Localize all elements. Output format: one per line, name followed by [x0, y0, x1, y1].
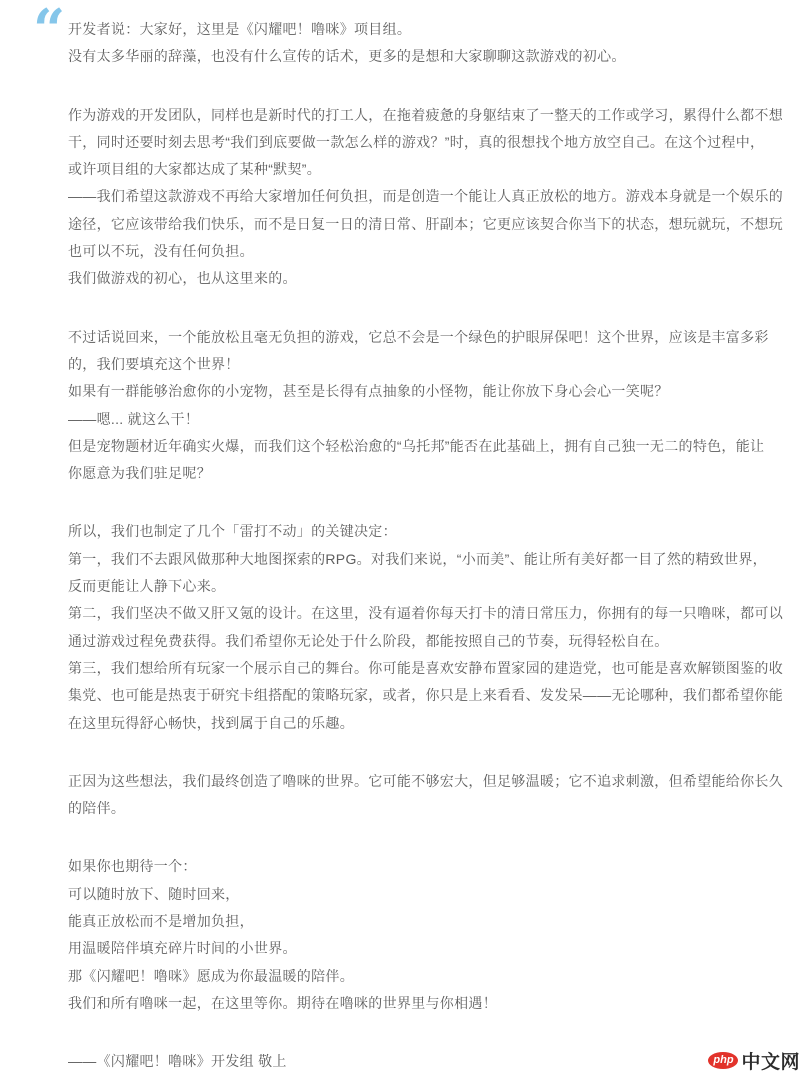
text-line: 不过话说回来，一个能放松且毫无负担的游戏，它总不会是一个绿色的护眼屏保吧！这个世… — [68, 324, 780, 351]
text-line: 反而更能让人静下心来。 — [68, 573, 780, 600]
text-line: 或许项目组的大家都达成了某种“默契”。 — [68, 156, 780, 183]
text-line: 没有太多华丽的辞藻，也没有什么宣传的话术，更多的是想和大家聊聊这款游戏的初心。 — [68, 43, 780, 70]
text-line: ——嗯... 就这么干！ — [68, 406, 780, 433]
text-line: 干，同时还要时刻去思考“我们到底要做一款怎么样的游戏？”时，真的很想找个地方放空… — [68, 129, 780, 156]
text-line: 第一，我们不去跟风做那种大地图探索的RPG。对我们来说，“小而美”、能让所有美好… — [68, 546, 780, 573]
text-line: 通过游戏过程免费获得。我们希望你无论处于什么阶段，都能按照自己的节奏，玩得轻松自… — [68, 628, 780, 655]
text-line: 的，我们要填充这个世界！ — [68, 351, 780, 378]
paragraph: 不过话说回来，一个能放松且毫无负担的游戏，它总不会是一个绿色的护眼屏保吧！这个世… — [68, 324, 780, 488]
text-line: 在这里玩得舒心畅快，找到属于自己的乐趣。 — [68, 710, 780, 737]
text-line: 的陪伴。 — [68, 795, 780, 822]
text-line: 开发者说：大家好，这里是《闪耀吧！噜咪》项目组。 — [68, 16, 780, 43]
paragraph: ——《闪耀吧！噜咪》开发组 敬上 — [68, 1048, 780, 1075]
text-line: 第二，我们坚决不做又肝又氪的设计。在这里，没有逼着你每天打卡的清日常压力，你拥有… — [68, 600, 780, 627]
paragraph: 所以，我们也制定了几个「雷打不动」的关键决定：第一，我们不去跟风做那种大地图探索… — [68, 518, 780, 736]
paragraph: 开发者说：大家好，这里是《闪耀吧！噜咪》项目组。没有太多华丽的辞藻，也没有什么宣… — [68, 16, 780, 71]
text-line: 所以，我们也制定了几个「雷打不动」的关键决定： — [68, 518, 780, 545]
paragraph: 作为游戏的开发团队，同样也是新时代的打工人，在拖着疲惫的身躯结束了一整天的工作或… — [68, 102, 780, 293]
text-line: 可以随时放下、随时回来， — [68, 881, 780, 908]
php-logo-badge: php — [708, 1052, 738, 1069]
text-line: 用温暖陪伴填充碎片时间的小世界。 — [68, 935, 780, 962]
open-quote-icon: “ — [33, 2, 61, 58]
text-line: 集党、也可能是热衷于研究卡组搭配的策略玩家，或者，你只是上来看看、发发呆——无论… — [68, 682, 780, 709]
text-line: 但是宠物题材近年确实火爆，而我们这个轻松治愈的“乌托邦”能否在此基础上，拥有自己… — [68, 433, 780, 460]
text-line: 也可以不玩，没有任何负担。 — [68, 238, 780, 265]
text-line: ——我们希望这款游戏不再给大家增加任何负担，而是创造一个能让人真正放松的地方。游… — [68, 183, 780, 210]
article-body: 开发者说：大家好，这里是《闪耀吧！噜咪》项目组。没有太多华丽的辞藻，也没有什么宣… — [68, 16, 780, 1076]
text-line: 第三，我们想给所有玩家一个展示自己的舞台。你可能是喜欢安静布置家园的建造党，也可… — [68, 655, 780, 682]
text-line: 能真正放松而不是增加负担， — [68, 908, 780, 935]
paragraph: 正因为这些想法，我们最终创造了噜咪的世界。它可能不够宏大，但足够温暖；它不追求刺… — [68, 768, 780, 823]
text-line: 那《闪耀吧！噜咪》愿成为你最温暖的陪伴。 — [68, 963, 780, 990]
text-line: ——《闪耀吧！噜咪》开发组 敬上 — [68, 1048, 780, 1075]
text-line: 途径，它应该带给我们快乐，而不是日复一日的清日常、肝副本；它更应该契合你当下的状… — [68, 211, 780, 238]
text-line: 正因为这些想法，我们最终创造了噜咪的世界。它可能不够宏大，但足够温暖；它不追求刺… — [68, 768, 780, 795]
text-line: 作为游戏的开发团队，同样也是新时代的打工人，在拖着疲惫的身躯结束了一整天的工作或… — [68, 102, 780, 129]
paragraph: 如果你也期待一个：可以随时放下、随时回来，能真正放松而不是增加负担，用温暖陪伴填… — [68, 853, 780, 1017]
text-line: 如果你也期待一个： — [68, 853, 780, 880]
text-line: 我们和所有噜咪一起，在这里等你。期待在噜咪的世界里与你相遇！ — [68, 990, 780, 1017]
text-line: 我们做游戏的初心，也从这里来的。 — [68, 265, 780, 292]
text-line: 如果有一群能够治愈你的小宠物，甚至是长得有点抽象的小怪物，能让你放下身心会心一笑… — [68, 378, 780, 405]
watermark-site-name: 中文网 — [741, 1047, 800, 1074]
text-line: 你愿意为我们驻足呢？ — [68, 460, 780, 487]
watermark: php 中文网 — [708, 1047, 800, 1074]
